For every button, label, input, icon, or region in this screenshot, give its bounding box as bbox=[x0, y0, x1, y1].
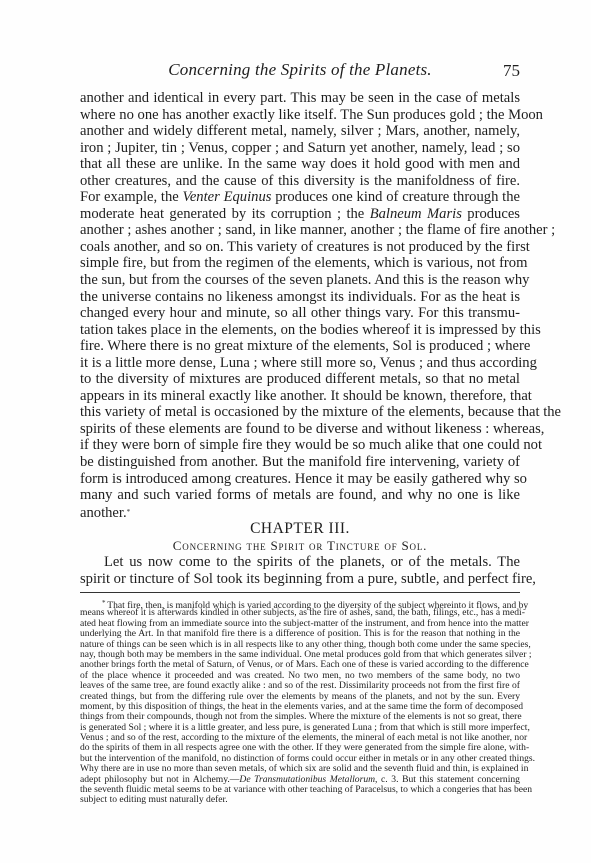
text-line: to the diversity of mixtures are produce… bbox=[80, 371, 520, 388]
chapter-heading: CHAPTER III. bbox=[80, 520, 520, 537]
footnote: * That fire, then, is manifold which is … bbox=[80, 598, 520, 806]
footnote-rule bbox=[80, 592, 520, 593]
book-page: Concerning the Spirits of the Planets. 7… bbox=[0, 0, 591, 863]
text-line: Let us now come to the spirits of the pl… bbox=[80, 554, 520, 571]
italic-term: Balneum Maris bbox=[370, 206, 462, 222]
text-line: it is a little more dense, Luna ; where … bbox=[80, 355, 520, 372]
text-line: another.* bbox=[80, 504, 520, 521]
page-number: 75 bbox=[503, 61, 520, 81]
text-line: form is introduced among creatures. Henc… bbox=[80, 471, 520, 488]
text-line: fire. Where there is no great mixture of… bbox=[80, 338, 520, 355]
text-line: simple fire, but from the regimen of the… bbox=[80, 255, 520, 272]
text-line: For example, the Venter Equinus produces… bbox=[80, 189, 520, 206]
footnote-line: leaves of the same tree, are found exact… bbox=[80, 681, 520, 691]
footnote-line: underlying the Art. In that manifold fir… bbox=[80, 629, 520, 639]
text-line: the universe contains no likeness amongs… bbox=[80, 289, 520, 306]
running-title: Concerning the Spirits of the Planets. bbox=[80, 60, 520, 80]
chapter-subtitle: Concerning the Spirit or Tincture of Sol… bbox=[80, 537, 520, 554]
text-line: appears in its mineral exactly like anot… bbox=[80, 388, 520, 405]
text-line: another ; ashes another ; sand, in like … bbox=[80, 222, 520, 239]
text-line: where no one has another exactly like it… bbox=[80, 107, 520, 124]
running-head: Concerning the Spirits of the Planets. 7… bbox=[80, 60, 520, 82]
text-line: spirit or tincture of Sol took its begin… bbox=[80, 571, 520, 588]
text-line: if they were born of simple fire they wo… bbox=[80, 437, 520, 454]
text-line: another and widely different metal, name… bbox=[80, 123, 520, 140]
text-line: this variety of metal is occasioned by t… bbox=[80, 404, 520, 421]
text-line: that all these are unlike. In the same w… bbox=[80, 156, 520, 173]
text-line: coals another, and so on. This variety o… bbox=[80, 239, 520, 256]
body-text: another and identical in every part. Thi… bbox=[80, 90, 520, 587]
italic-term: De Transmutationibus Metallorum bbox=[239, 774, 375, 785]
body-paragraph: another and identical in every part. Thi… bbox=[80, 90, 520, 520]
footnote-reference: * bbox=[127, 508, 131, 516]
text-line: iron ; Jupiter, tin ; Venus, copper ; an… bbox=[80, 140, 520, 157]
text-line: other creatures, and the cause of this d… bbox=[80, 173, 520, 190]
body-paragraph-chapter: Let us now come to the spirits of the pl… bbox=[80, 554, 520, 587]
text-line: spirits of these elements are found to b… bbox=[80, 421, 520, 438]
footnote-marker: * bbox=[102, 599, 107, 607]
text-line: changed every hour and minute, so all ot… bbox=[80, 305, 520, 322]
italic-term: Venter Equinus bbox=[183, 189, 272, 205]
text-line: be distinguished from another. But the m… bbox=[80, 454, 520, 471]
text-line: the sun, but from the courses of the sev… bbox=[80, 272, 520, 289]
text-line: another and identical in every part. Thi… bbox=[80, 90, 520, 107]
text-line: many and such varied forms of metals are… bbox=[80, 487, 520, 504]
text-line: moderate heat generated by its corruptio… bbox=[80, 206, 520, 223]
footnote-line: subject to editing must naturally defer. bbox=[80, 795, 520, 805]
text-line: tation takes place in the elements, on t… bbox=[80, 322, 520, 339]
